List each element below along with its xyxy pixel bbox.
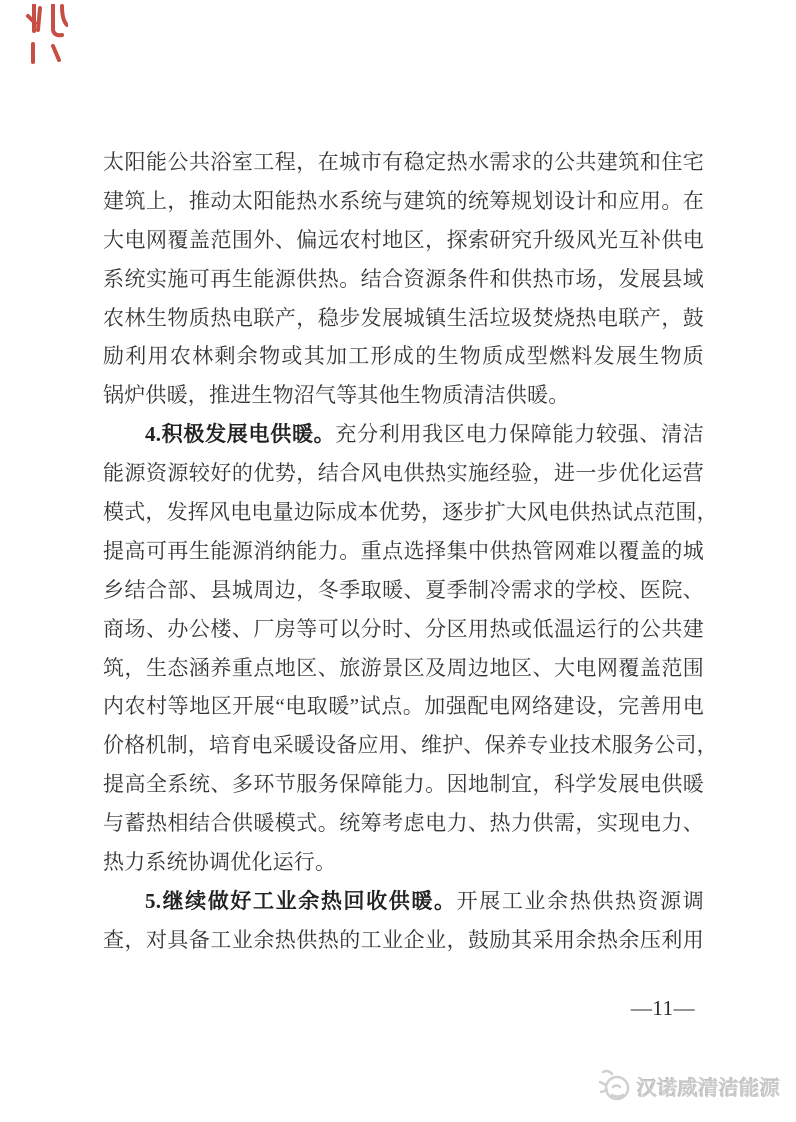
body-line: 查，对具备工业余热供热的工业企业，鼓励其采用余热余压利用 (103, 921, 704, 960)
item-5-first-line: 5.继续做好工业余热回收供暖。开展工业余热供热资源调 (103, 882, 704, 921)
body-line: 提高可再生能源消纳能力。重点选择集中供热管网难以覆盖的城 (103, 532, 704, 571)
body-line: 锅炉供暖，推进生物沼气等其他生物质清洁供暖。 (103, 376, 704, 415)
red-stamp-fragment-icon (26, 4, 68, 64)
body-line: 商场、办公楼、厂房等可以分时、分区用热或低温运行的公共建 (103, 610, 704, 649)
item-4-heading-rest: 充分利用我区电力保障能力较强、清洁 (335, 422, 704, 446)
brand-watermark: 汉诺威清洁能源 (598, 1068, 781, 1104)
body-line: 乡结合部、县城周边，冬季取暖、夏季制冷需求的学校、医院、 (103, 571, 704, 610)
body-line: 太阳能公共浴室工程，在城市有稳定热水需求的公共建筑和住宅 (103, 143, 704, 182)
body-line: 模式，发挥风电电量边际成本优势，逐步扩大风电供热试点范围， (103, 493, 704, 532)
body-line: 励利用农林剩余物或其加工形成的生物质成型燃料发展生物质 (103, 337, 704, 376)
body-line: 系统实施可再生能源供热。结合资源条件和供热市场，发展县域 (103, 260, 704, 299)
item-5-heading: 5.继续做好工业余热回收供暖。 (145, 889, 457, 913)
body-line: 与蓄热相结合供暖模式。统筹考虑电力、热力供需，实现电力、 (103, 804, 704, 843)
body-line: 农林生物质热电联产，稳步发展城镇生活垃圾焚烧热电联产，鼓 (103, 299, 704, 338)
document-page: 太阳能公共浴室工程，在城市有稳定热水需求的公共建筑和住宅 建筑上，推动太阳能热水… (0, 0, 796, 1122)
body-line: 建筑上，推动太阳能热水系统与建筑的统筹规划设计和应用。在 (103, 182, 704, 221)
body-line: 提高全系统、多环节服务保障能力。因地制宜，科学发展电供暖 (103, 765, 704, 804)
page-number: —11— (628, 996, 698, 1021)
body-line: 内农村等地区开展“电取暖”试点。加强配电网络建设，完善用电 (103, 687, 704, 726)
body-line: 大电网覆盖范围外、偏远农村地区，探索研究升级风光互补供电 (103, 221, 704, 260)
document-body: 太阳能公共浴室工程，在城市有稳定热水需求的公共建筑和住宅 建筑上，推动太阳能热水… (103, 143, 704, 960)
item-4-first-line: 4.积极发展电供暖。充分利用我区电力保障能力较强、清洁 (103, 415, 704, 454)
item-4-heading: 4.积极发展电供暖。 (145, 422, 335, 446)
body-line: 价格机制，培育电采暖设备应用、维护、保养专业技术服务公司， (103, 726, 704, 765)
brand-logo-icon (598, 1068, 632, 1104)
item-5-heading-rest: 开展工业余热供热资源调 (457, 889, 704, 913)
body-line: 筑，生态涵养重点地区、旅游景区及周边地区、大电网覆盖范围 (103, 649, 704, 688)
body-line: 能源资源较好的优势，结合风电供热实施经验，进一步优化运营 (103, 454, 704, 493)
body-line: 热力系统协调优化运行。 (103, 843, 704, 882)
brand-name: 汉诺威清洁能源 (637, 1072, 781, 1101)
